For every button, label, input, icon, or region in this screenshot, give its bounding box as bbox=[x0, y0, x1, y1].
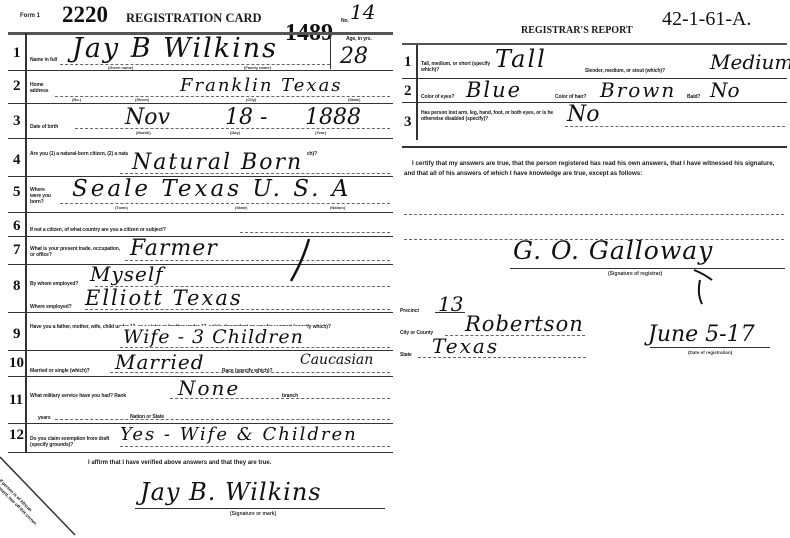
age-divider bbox=[330, 34, 331, 69]
row-divider bbox=[8, 70, 393, 71]
field-label: By whom employed? bbox=[30, 281, 78, 287]
sub-caption: (City) bbox=[246, 97, 256, 102]
fill-line bbox=[240, 232, 390, 233]
sub-caption: (State) bbox=[235, 205, 247, 210]
pen-stroke bbox=[285, 235, 315, 285]
field-label: Slender, medium, or stout (which)? bbox=[585, 68, 665, 74]
row-divider bbox=[8, 103, 393, 104]
age-value: 28 bbox=[340, 44, 368, 69]
exception-line bbox=[404, 214, 784, 215]
county-label: City or County bbox=[400, 330, 433, 336]
hair-color-value: Brown bbox=[600, 78, 676, 102]
row-divider bbox=[8, 264, 393, 265]
registration-date: June 5-17 bbox=[648, 322, 755, 347]
pen-stroke bbox=[690, 268, 730, 308]
field-label: Where were you born? bbox=[30, 187, 52, 205]
row-number: 3 bbox=[404, 114, 412, 131]
fill-line bbox=[120, 446, 390, 447]
registrar-signature: G. O. Galloway bbox=[513, 236, 713, 265]
row-number: 9 bbox=[13, 326, 21, 343]
report-title: REGISTRAR'S REPORT bbox=[521, 25, 633, 36]
age-label: Age, in yrs. bbox=[346, 36, 372, 42]
form-label: Form 1 bbox=[20, 13, 40, 19]
sub-caption: (Town) bbox=[115, 205, 128, 210]
field-label: years bbox=[38, 415, 51, 421]
field-label: Home address bbox=[30, 82, 52, 94]
fill-line bbox=[120, 347, 390, 348]
signature-line bbox=[135, 508, 385, 509]
fill-line bbox=[55, 419, 390, 420]
field-label: Tall, medium, or short (specify which)? bbox=[421, 61, 491, 73]
fill-line bbox=[435, 312, 465, 313]
address-value: Franklin Texas bbox=[180, 75, 343, 96]
build-value: Medium bbox=[710, 50, 790, 74]
row-number: 8 bbox=[13, 278, 21, 295]
field-label: Married or single (which)? bbox=[30, 368, 90, 374]
field-label: Where employed? bbox=[30, 304, 72, 310]
fill-line bbox=[418, 357, 586, 358]
field-label: What is your present trade, occupation, … bbox=[30, 246, 125, 258]
row-number: 5 bbox=[13, 184, 21, 201]
exemption-value: Yes - Wife & Children bbox=[120, 424, 358, 445]
fill-line bbox=[60, 203, 390, 204]
disability-value: No bbox=[567, 102, 600, 127]
file-code: 42-1-61-A. bbox=[662, 8, 751, 31]
fill-line bbox=[85, 309, 390, 310]
row-number: 1 bbox=[13, 45, 21, 62]
certification-text: I certify that my answers are true, that… bbox=[404, 159, 782, 179]
fill-line bbox=[55, 96, 390, 97]
field-label: Bald? bbox=[687, 94, 700, 100]
field-label: Color of eyes? bbox=[421, 94, 454, 100]
sub-caption: (No.) bbox=[72, 97, 81, 102]
field-label: Has person lost arm, leg, hand, foot, or… bbox=[421, 110, 566, 122]
marital-status-value: Married bbox=[115, 350, 205, 374]
row-divider bbox=[8, 312, 393, 313]
signature-line bbox=[510, 268, 785, 269]
row-divider bbox=[8, 452, 393, 453]
row-number: 6 bbox=[13, 218, 21, 235]
row-number: 3 bbox=[13, 113, 21, 130]
name-value: Jay B Wilkins bbox=[72, 33, 278, 64]
affirmation-text: I affirm that I have verified above answ… bbox=[88, 460, 271, 466]
sub-caption: (Month) bbox=[136, 130, 151, 135]
birthplace-value: Seale Texas U. S. A bbox=[72, 176, 351, 202]
field-label: Color of hair? bbox=[555, 94, 586, 100]
row-number: 7 bbox=[13, 242, 21, 259]
dependents-value: Wife - 3 Children bbox=[120, 326, 307, 348]
row-number: 2 bbox=[13, 78, 21, 95]
signature-caption: (Signature or mark) bbox=[230, 511, 276, 517]
fill-line bbox=[120, 173, 390, 174]
military-service-value: None bbox=[178, 376, 240, 400]
birth-day-value: 18 - bbox=[225, 105, 267, 130]
height-value: Tall bbox=[495, 45, 547, 73]
fill-line bbox=[170, 398, 390, 399]
sub-caption: (Nation) bbox=[330, 205, 345, 210]
fill-line bbox=[110, 372, 390, 373]
number-column-rule bbox=[25, 33, 27, 453]
card-title: REGISTRATION CARD bbox=[126, 11, 262, 26]
registrant-signature: Jay B. Wilkins bbox=[140, 478, 322, 506]
work-location-value: Elliott Texas bbox=[85, 286, 243, 310]
fill-line bbox=[75, 128, 390, 129]
birth-year-value: 1888 bbox=[305, 105, 361, 130]
field-label: If not a citizen, of what country are yo… bbox=[30, 227, 166, 233]
birth-month-value: Nov bbox=[125, 105, 170, 130]
row-divider bbox=[8, 212, 393, 213]
number-column-rule bbox=[416, 45, 418, 140]
date-line bbox=[650, 347, 770, 348]
field-label: Date of birth bbox=[30, 124, 58, 130]
precinct-label: Precinct bbox=[400, 308, 419, 314]
county-value: Robertson bbox=[465, 312, 584, 336]
date-caption: (Date of registration) bbox=[688, 350, 732, 355]
registrar-caption: (Signature of registrar) bbox=[608, 271, 662, 277]
sub-caption: (Day) bbox=[230, 130, 240, 135]
serial-number: 2220 bbox=[62, 2, 108, 28]
state-label: State bbox=[400, 352, 412, 358]
race-value: Caucasian bbox=[300, 352, 373, 368]
card-number: 14 bbox=[350, 0, 375, 24]
sub-caption: (Street) bbox=[135, 97, 149, 102]
field-label: Name in full bbox=[30, 57, 57, 63]
row-divider bbox=[8, 138, 393, 139]
sub-caption: (State) bbox=[348, 97, 360, 102]
employer-value: Myself bbox=[90, 262, 164, 286]
state-value: Texas bbox=[432, 334, 499, 358]
fill-line bbox=[60, 64, 330, 65]
row-divider bbox=[402, 146, 787, 148]
field-label: Do you claim exemption from draft (speci… bbox=[30, 436, 125, 448]
occupation-value: Farmer bbox=[130, 236, 218, 261]
fill-line bbox=[565, 126, 785, 127]
no-label: No. bbox=[341, 18, 349, 24]
row-number: 11 bbox=[9, 392, 23, 409]
row-number: 4 bbox=[13, 152, 21, 169]
fill-line bbox=[125, 260, 390, 261]
sub-caption: (Year) bbox=[315, 130, 326, 135]
row-number: 12 bbox=[9, 427, 24, 444]
bald-value: No bbox=[710, 78, 740, 102]
citizenship-value: Natural Born bbox=[128, 150, 307, 175]
field-label: What military service have you had? Rank bbox=[30, 393, 126, 399]
top-rule bbox=[402, 43, 787, 45]
eye-color-value: Blue bbox=[466, 78, 522, 102]
field-label: Race (specify which)? bbox=[222, 368, 272, 374]
row-number: 1 bbox=[404, 54, 412, 71]
row-number: 10 bbox=[9, 355, 24, 372]
row-number: 2 bbox=[404, 83, 412, 100]
